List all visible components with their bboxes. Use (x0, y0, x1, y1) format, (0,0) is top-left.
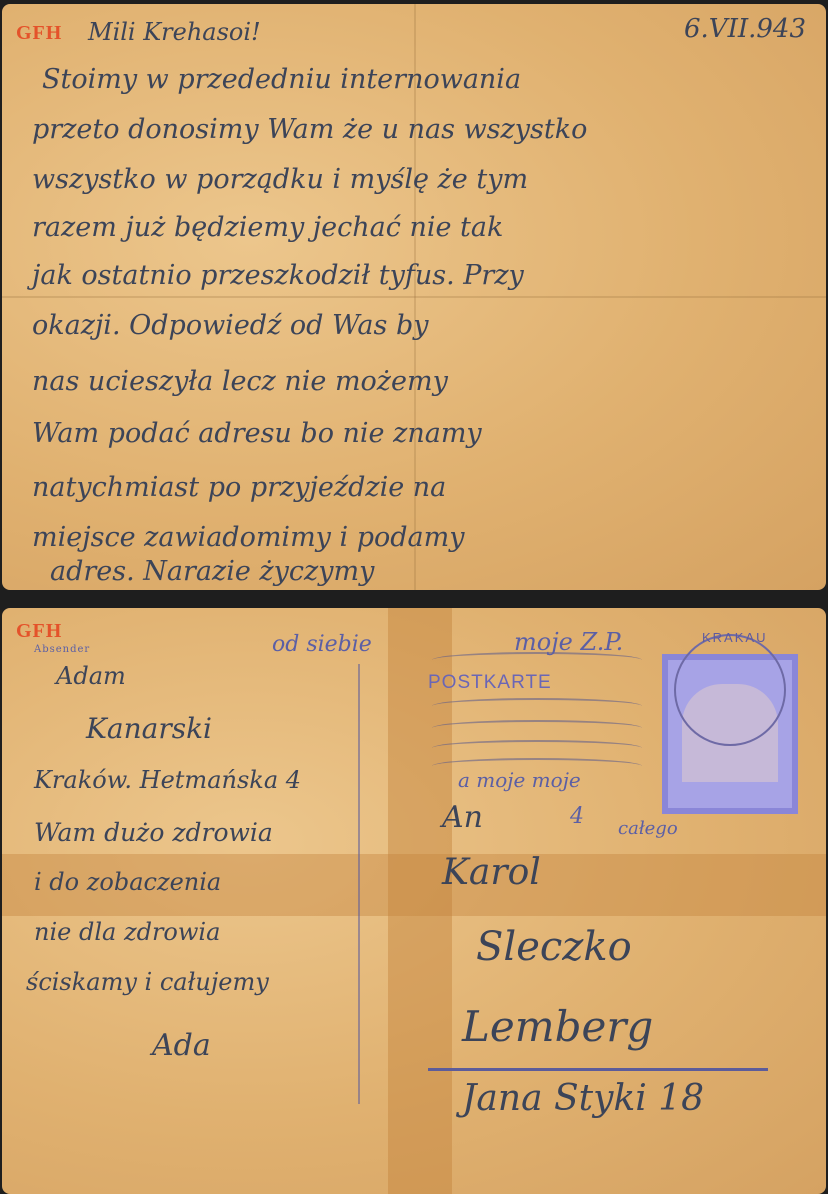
sender-line: ściskamy i całujemy (26, 968, 269, 996)
collection-mark: GFH (16, 22, 62, 45)
signature: Ada (152, 1028, 211, 1063)
sender-header: od siebie (272, 632, 372, 657)
postcard-back: GFH Absender od siebie Adam Kanarski Kra… (2, 608, 826, 1194)
letter-line: Wam podać adresu bo nie znamy (32, 418, 482, 449)
letter-line: razem już będziemy jechać nie tak (32, 212, 503, 243)
letter-line: natychmiast po przyjeździe na (32, 472, 446, 503)
annotation: moje Z.P. (514, 628, 623, 656)
annotation: 4 (570, 804, 584, 829)
recipient-city: Lemberg (462, 1002, 653, 1051)
letter-date: 6.VII.943 (684, 14, 806, 44)
sender-line: Wam dużo zdrowia (34, 818, 273, 847)
divider-line (358, 664, 360, 1104)
cancellation-line (432, 698, 642, 714)
annotation: a moje moje (458, 768, 581, 792)
letter-line: Stoimy w przededniu internowania (42, 64, 521, 95)
postcard-front: GFH 6.VII.943 Mili Krehasoi! Stoimy w pr… (2, 4, 826, 590)
recipient-first-name: Karol (442, 852, 541, 893)
cancellation-line (432, 720, 642, 736)
letter-line: przeto donosimy Wam że u nas wszystko (32, 114, 587, 145)
cancellation-line (432, 740, 642, 756)
postmark-circle (674, 634, 786, 746)
letter-line: wszystko w porządku i myślę że tym (32, 164, 528, 195)
annotation: całego (618, 818, 678, 839)
postkarte-label: POSTKARTE (428, 672, 552, 694)
recipient-street: Jana Styki 18 (462, 1078, 704, 1119)
fold-line (2, 296, 826, 298)
sender-name: Adam (56, 662, 126, 690)
letter-line: adres. Narazie życzymy (50, 556, 374, 587)
letter-line: nas ucieszyła lecz nie możemy (32, 366, 448, 397)
sender-line: nie dla zdrowia (34, 918, 220, 946)
letter-line: jak ostatnio przeszkodził tyfus. Przy (32, 260, 524, 291)
greeting: Mili Krehasoi! (88, 18, 261, 46)
sender-line: Kraków. Hetmańska 4 (34, 766, 301, 794)
sender-label: Absender (34, 644, 90, 655)
letter-line: okazji. Odpowiedź od Was by (32, 310, 428, 341)
sender-line: Kanarski (86, 712, 212, 745)
letter-line: miejsce zawiadomimy i podamy (32, 522, 465, 553)
recipient-last-name: Sleczko (476, 924, 632, 970)
postmark-city: KRAKAU (702, 630, 767, 645)
address-underline (428, 1068, 768, 1071)
recipient-prefix: An (442, 800, 483, 835)
collection-mark: GFH (16, 620, 62, 643)
sender-line: i do zobaczenia (34, 868, 221, 896)
